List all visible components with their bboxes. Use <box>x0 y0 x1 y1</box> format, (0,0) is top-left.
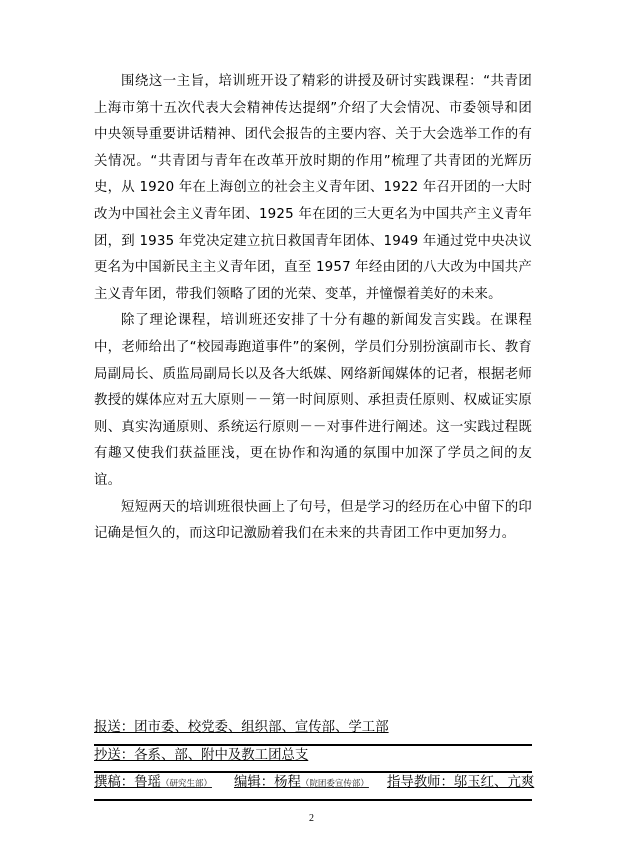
copy-to-line: 抄送：各系、部、附中及教工团总支 <box>94 746 532 774</box>
document-page: 围绕这一主旨，培训班开设了精彩的讲授及研讨实践课程：“共青团上海市第十五次代表大… <box>0 0 625 855</box>
distribution-footer: 报送：团市委、校党委、组织部、宣传部、学工部 抄送：各系、部、附中及教工团总支 … <box>94 718 532 801</box>
page-number: 2 <box>309 813 314 824</box>
body-text: 围绕这一主旨，培训班开设了精彩的讲授及研讨实践课程：“共青团上海市第十五次代表大… <box>94 69 532 548</box>
advisor-text: 指导教师：邬玉红、亢爽 <box>387 775 534 790</box>
writer-label: 撰稿：鲁瑶 <box>94 775 161 790</box>
editor-dept: （院团委宣传部） <box>301 779 369 789</box>
writer-dept: （研究生部） <box>161 779 212 789</box>
credits-line: 撰稿：鲁瑶（研究生部）编辑：杨程（院团委宣传部）指导教师：邬玉红、亢爽 <box>94 773 532 801</box>
report-to-line: 报送：团市委、校党委、组织部、宣传部、学工部 <box>94 718 532 746</box>
editor-label: 编辑：杨程 <box>234 775 301 790</box>
paragraph-news-practice: 除了理论课程，培训班还安排了十分有趣的新闻发言实践。在课程中，老师给出了“校园毒… <box>94 308 532 494</box>
paragraph-conclusion: 短短两天的培训班很快画上了句号，但是学习的经历在心中留下的印记确是恒久的，而这印… <box>94 495 532 548</box>
report-to-text: 报送：团市委、校党委、组织部、宣传部、学工部 <box>94 720 389 735</box>
paragraph-training-courses: 围绕这一主旨，培训班开设了精彩的讲授及研讨实践课程：“共青团上海市第十五次代表大… <box>94 69 532 308</box>
copy-to-text: 抄送：各系、部、附中及教工团总支 <box>94 748 308 763</box>
